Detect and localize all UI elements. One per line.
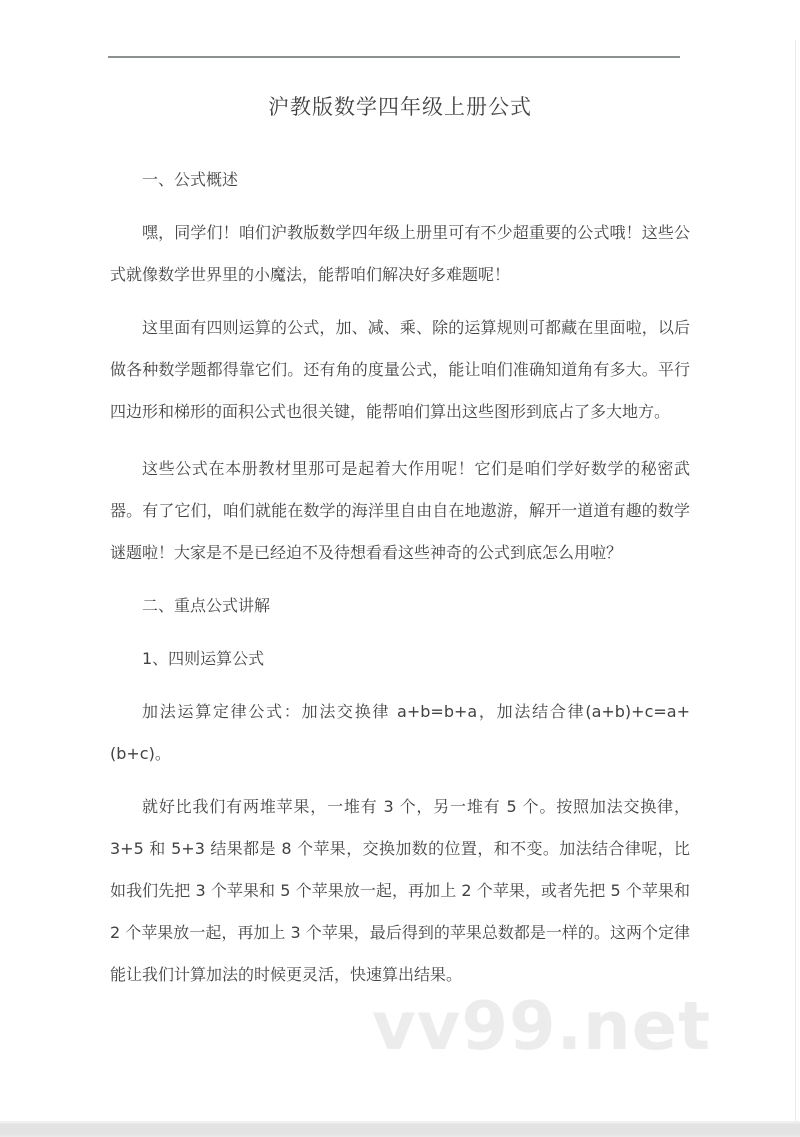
section-heading-overview: 一、公式概述 — [110, 159, 690, 201]
document-page: 沪教版数学四年级上册公式 一、公式概述 嘿，同学们！咱们沪教版数学四年级上册里可… — [0, 0, 800, 1137]
watermark: vv99.net — [372, 993, 711, 1060]
document-body: 沪教版数学四年级上册公式 一、公式概述 嘿，同学们！咱们沪教版数学四年级上册里可… — [110, 86, 690, 996]
document-title: 沪教版数学四年级上册公式 — [110, 86, 690, 128]
subsection-heading-four-operations: 1、四则运算公式 — [110, 638, 690, 680]
formula-line-addition-laws: 加法运算定律公式：加法交换律 a+b=b+a，加法结合律(a+b)+c=a+(b… — [110, 691, 690, 775]
page-right-edge — [795, 40, 796, 1121]
paragraph-intro: 嘿，同学们！咱们沪教版数学四年级上册里可有不少超重要的公式哦！这些公式就像数学世… — [110, 212, 690, 296]
paragraph-formula-role: 这些公式在本册教材里那可是起着大作用呢！它们是咱们学好数学的秘密武器。有了它们，… — [110, 448, 690, 574]
viewer-footer-bar — [0, 1121, 800, 1137]
paragraph-apple-example: 就好比我们有两堆苹果，一堆有 3 个，另一堆有 5 个。按照加法交换律，3+5 … — [110, 786, 690, 996]
section-heading-key-formulas: 二、重点公式讲解 — [110, 585, 690, 627]
page-top-border — [108, 56, 680, 58]
paragraph-formula-scope: 这里面有四则运算的公式，加、减、乘、除的运算规则可都藏在里面啦，以后做各种数学题… — [110, 307, 690, 433]
